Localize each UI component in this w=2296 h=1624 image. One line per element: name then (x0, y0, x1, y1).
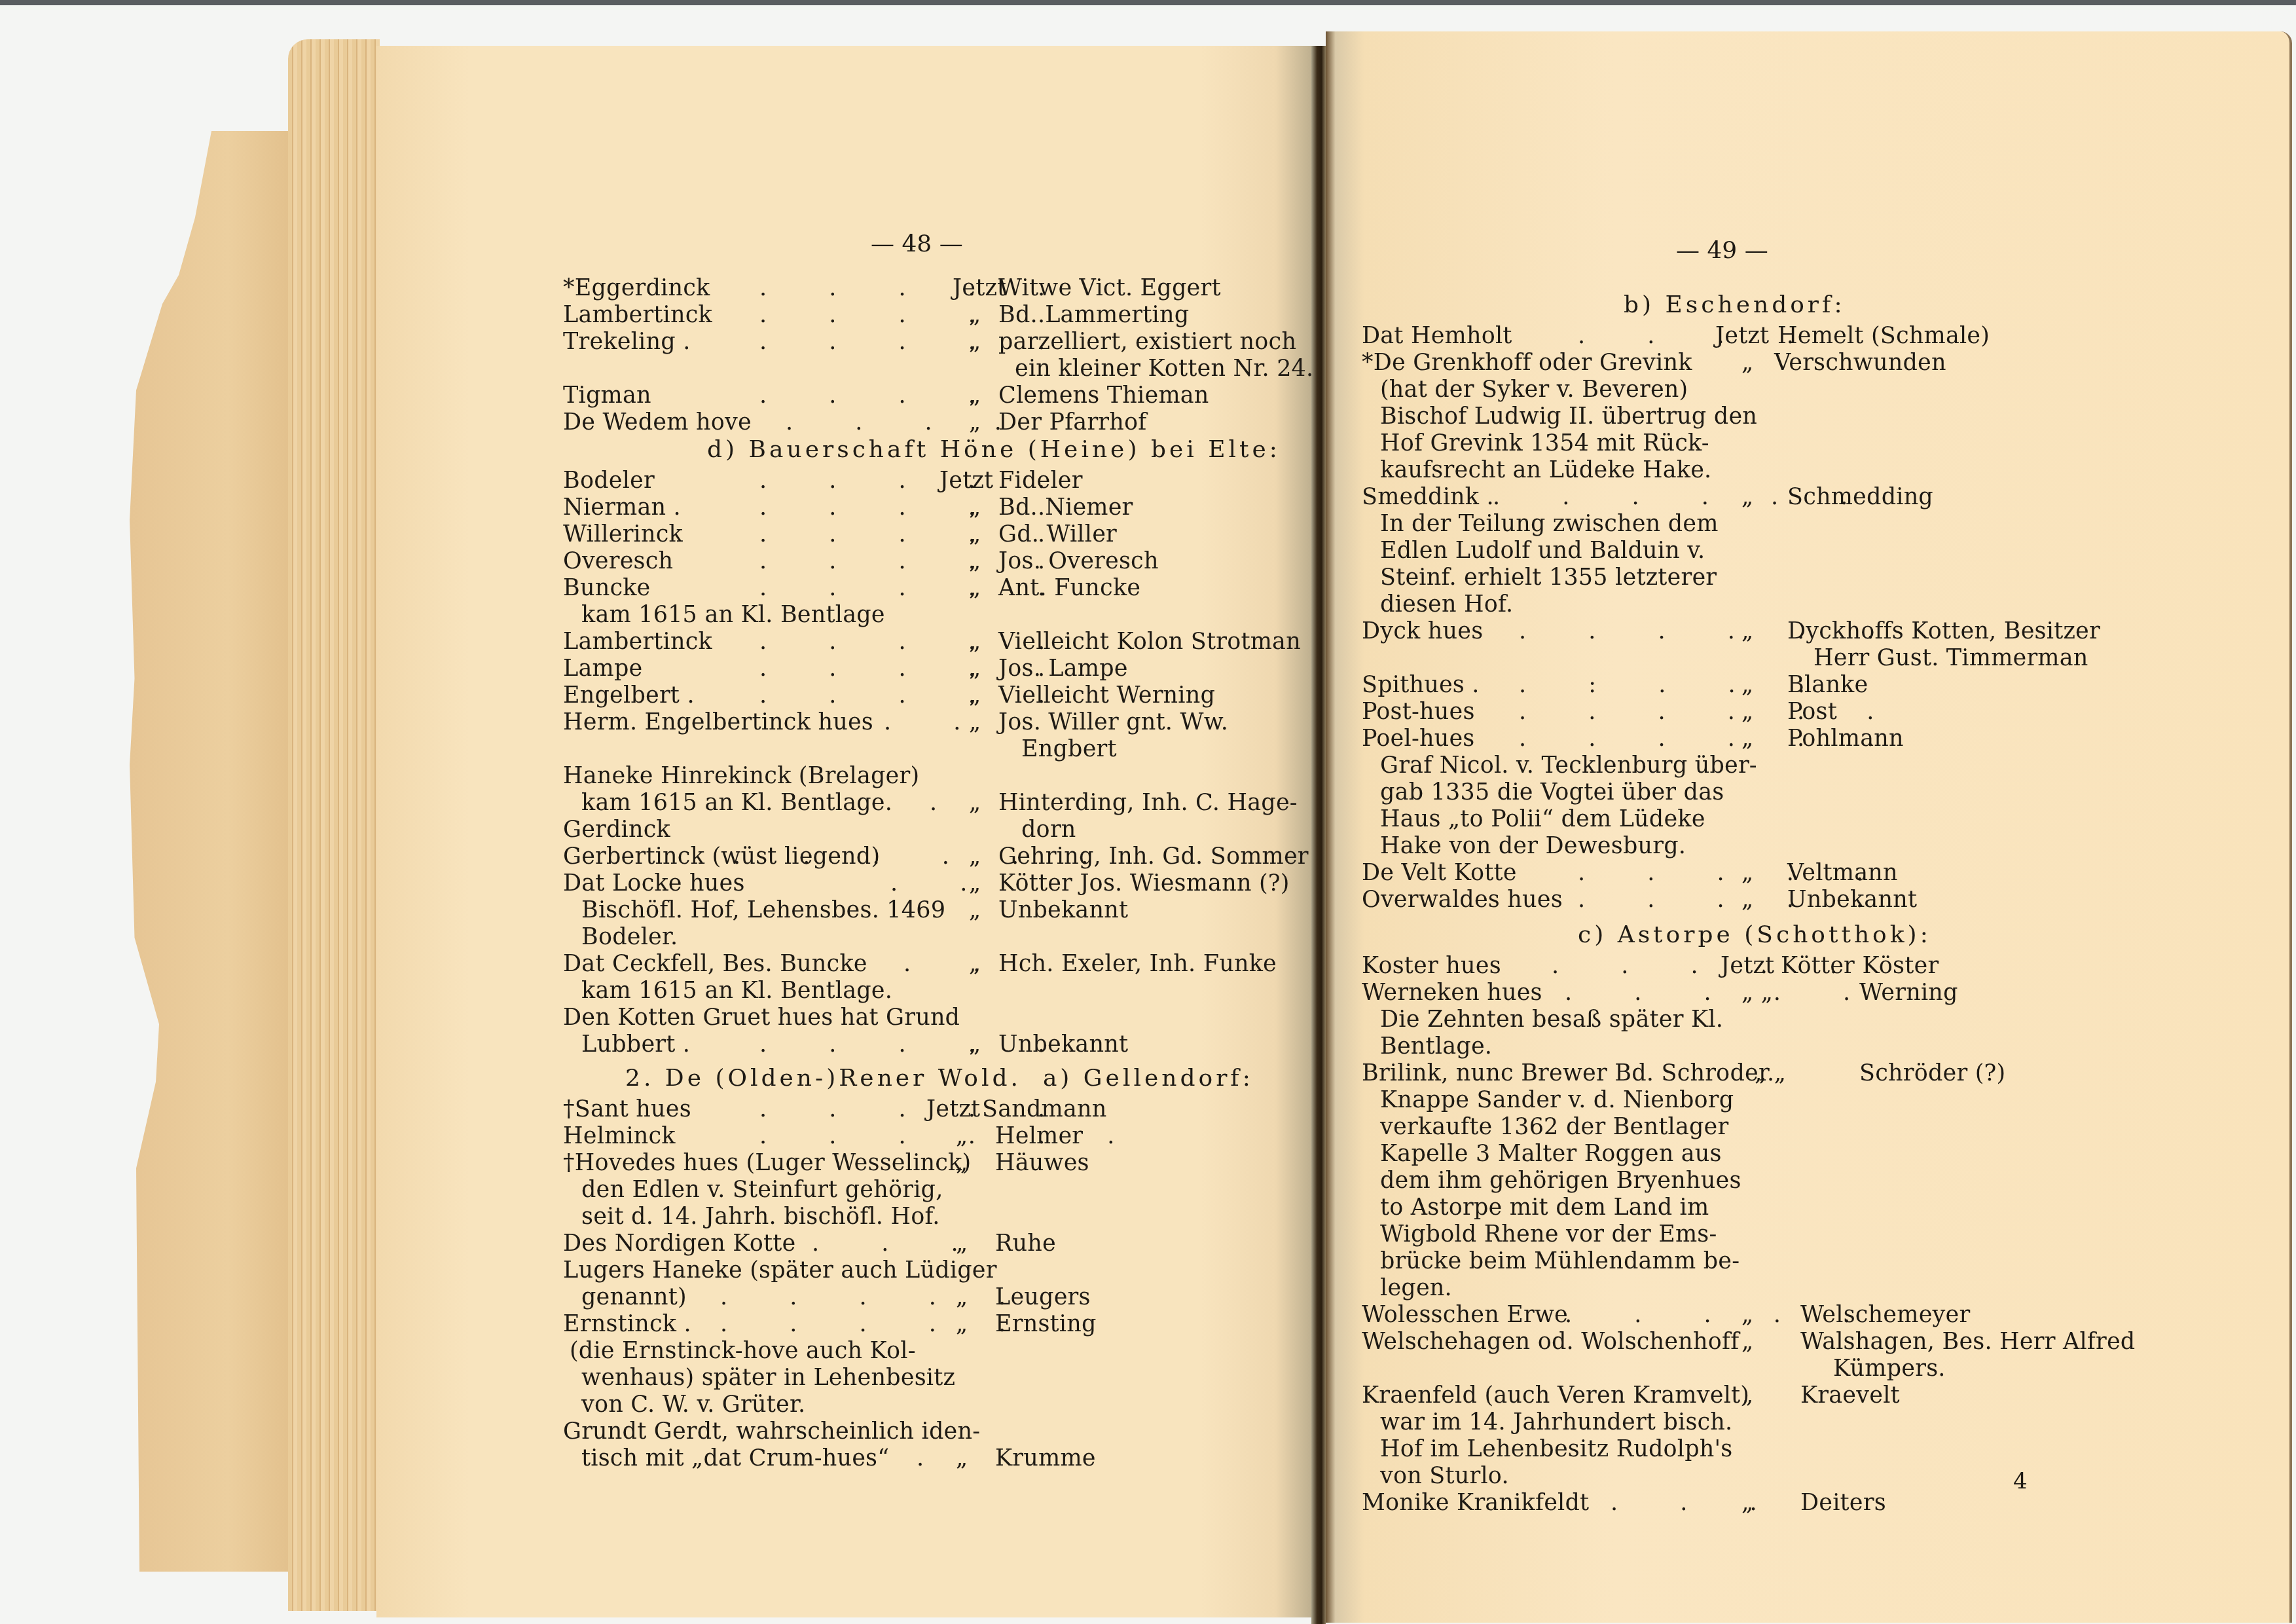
list-item: De Wedem hove. . . .„Der Pfarrhof (563, 409, 1296, 436)
list-item: Haneke Hinrekinck (Brelager) (563, 763, 1296, 790)
list-item: Brilink, nunc Brewer Bd. Schroder.„ „Sch… (1362, 1060, 2108, 1087)
list-item-continuation: Kümpers. (1362, 1356, 2108, 1382)
list-item-note: dem ihm gehörigen Bryenhues (1362, 1168, 2108, 1194)
list-item: Engelbert .. . . . .„Vielleicht Werning (563, 682, 1296, 709)
left-page-text: *Eggerdinck. . . . .JetztWitwe Vict. Egg… (563, 275, 1296, 1472)
list-item: Lugers Haneke (später auch Lüdiger (563, 1257, 1296, 1284)
list-item: Bodeler. . . . .JetztFideler (563, 468, 1296, 494)
list-item-note: Bischof Ludwig II. übertrug den (1362, 403, 2108, 430)
list-item-note: legen. (1362, 1275, 2108, 1302)
list-item: Herm. Engelbertinck hues. .„Jos. Willer … (563, 709, 1296, 736)
list-item-continuation: tisch mit „dat Crum-hues“.„Krumme (563, 1445, 1296, 1472)
section-heading-c: c) Astorpe (Schotthok): (1362, 921, 2108, 953)
list-item: Lampe. . . . .„Jos. Lampe (563, 655, 1296, 682)
list-item-note: diesen Hof. (1362, 591, 2108, 618)
list-item-note: kaufsrecht an Lüdeke Hake. (1362, 457, 2108, 484)
list-item-continuation: Lubbert .. . . . .„Unbekannt (563, 1031, 1296, 1058)
list-item: Overwaldes hues. . . . .„Unbekannt (1362, 887, 2108, 913)
list-item: Spithues .. : . . .„Blanke (1362, 672, 2108, 699)
list-item: Buncke. . . . .„Ant. Funcke (563, 575, 1296, 602)
list-item-note: Knappe Sander v. d. Nienborg (1362, 1087, 2108, 1114)
list-item: Dat Hemholt. . . .JetztHemelt (Schmale) (1362, 323, 2108, 350)
list-item: De Velt Kotte. . . . .„Veltmann (1362, 860, 2108, 887)
list-item: Willerinck. . . . .„Gd. Willer (563, 521, 1296, 548)
list-item-note: Die Zehnten besaß später Kl. (1362, 1006, 2108, 1033)
list-item-note: von Sturlo. (1362, 1463, 2108, 1490)
list-item-note: verkaufte 1362 der Bentlager (1362, 1114, 2108, 1141)
list-item: Post-hues. . . . . .„Post (1362, 699, 2108, 726)
section-heading-b: b) Eschendorf: (1362, 291, 2108, 323)
list-item: Trekeling .. . . . .„parzelliert, existi… (563, 329, 1296, 356)
list-item-continuation: Bischöfl. Hof, Lehensbes. 1469„Unbekannt (563, 897, 1296, 924)
list-item: Grundt Gerdt, wahrscheinlich iden- (563, 1418, 1296, 1445)
list-item: Dat Locke hues. .„Kötter Jos. Wiesmann (… (563, 870, 1296, 897)
list-item-continuation: kam 1615 an Kl. Bentlage..„Hinterding, I… (563, 790, 1296, 817)
list-item-note: Bentlage. (1362, 1033, 2108, 1060)
list-item: Werneken hues. . . . .„ „Werning (1362, 980, 2108, 1006)
list-item: Dyck hues. . . . . .„Dyckhoffs Kotten, B… (1362, 618, 2108, 645)
section-heading-d: d) Bauerschaft Höne (Heine) bei Elte: (563, 436, 1296, 468)
page-number-right: — 49 — (1676, 237, 1768, 264)
list-item: †Hovedes hues (Luger Wesselinck)„Häuwes (563, 1150, 1296, 1177)
list-item: *Eggerdinck. . . . .JetztWitwe Vict. Egg… (563, 275, 1296, 302)
list-item-note: (die Ernstinck-hove auch Kol- (563, 1338, 1296, 1365)
list-item-continuation: Herr Gust. Timmerman (1362, 645, 2108, 672)
list-item-continuation: wenhaus) später in Lehenbesitz (563, 1365, 1296, 1392)
list-item-continuation: von C. W. v. Grüter. (563, 1392, 1296, 1418)
list-item-note: Graf Nicol. v. Tecklenburg über- (1362, 752, 2108, 779)
list-item: †Sant hues. . . . .JetztSandmann (563, 1096, 1296, 1123)
list-item: Gerbertinck (wüst liegend). . . . . .„Ge… (563, 843, 1296, 870)
list-item: Welschehagen od. Wolschenhoff„Walshagen,… (1362, 1329, 2108, 1356)
list-item: Wolesschen Erwe. . . . .„Welschemeyer (1362, 1302, 2108, 1329)
list-item-note: Haus „to Polii“ dem Lüdeke (1362, 806, 2108, 833)
list-item: Tigman. . . . .„Clemens Thieman (563, 382, 1296, 409)
list-item-continuation: kam 1615 an Kl. Bentlage. (563, 978, 1296, 1005)
page-stack-edges (288, 39, 380, 1611)
list-item-note: (hat der Syker v. Beveren) (1362, 377, 2108, 403)
section-heading-2: 2. De (Olden-)Rener Wold. a) Gellendorf: (563, 1065, 1296, 1096)
list-item: Kraenfeld (auch Veren Kramvelt)„Kraevelt (1362, 1382, 2108, 1409)
scanner-edge (0, 0, 2296, 5)
list-item-continuation: ein kleiner Kotten Nr. 24. (563, 356, 1296, 382)
list-item-note: war im 14. Jahrhundert bisch. (1362, 1409, 2108, 1436)
list-item: Monike Kranikfeldt. . .„Deiters (1362, 1490, 2108, 1517)
list-item-continuation: seit d. 14. Jahrh. bischöfl. Hof. (563, 1204, 1296, 1230)
list-item: Lambertinck. . . . .„Bd. Lammerting (563, 302, 1296, 329)
list-item-note: to Astorpe mit dem Land im (1362, 1194, 2108, 1221)
list-item-continuation: Bodeler. (563, 924, 1296, 951)
list-item-note: Hof Grevink 1354 mit Rück- (1362, 430, 2108, 457)
list-item-note: Hof im Lehenbesitz Rudolph's (1362, 1436, 2108, 1463)
list-item-continuation: genannt). . . . .„Leugers (563, 1284, 1296, 1311)
list-item-note: kam 1615 an Kl. Bentlage (563, 602, 1296, 629)
right-page-text: b) Eschendorf: Dat Hemholt. . . .JetztHe… (1362, 291, 2108, 1517)
list-item: Dat Ceckfell, Bes. Buncke. .„Hch. Exeler… (563, 951, 1296, 978)
list-item: Poel-hues. . . . . .„Pohlmann (1362, 726, 2108, 752)
list-item-note: Wigbold Rhene vor der Ems- (1362, 1221, 2108, 1248)
list-item-note: Kapelle 3 Malter Roggen aus (1362, 1141, 2108, 1168)
list-item-note: Hake von der Dewesburg. (1362, 833, 2108, 860)
list-item-note: In der Teilung zwischen dem (1362, 511, 2108, 538)
list-item: Ernstinck .. . . . .„Ernsting (563, 1311, 1296, 1338)
list-item-note: gab 1335 die Vogtei über das (1362, 779, 2108, 806)
list-item: Overesch. . . . .„Jos. Overesch (563, 548, 1296, 575)
list-item: Nierman .. . . . .„Bd. Niemer (563, 494, 1296, 521)
list-item: Den Kotten Gruet hues hat Grund (563, 1005, 1296, 1031)
signature-mark: 4 (2013, 1468, 2028, 1494)
list-item-note: Steinf. erhielt 1355 letzterer (1362, 564, 2108, 591)
list-item-note: Edlen Ludolf und Balduin v. (1362, 538, 2108, 564)
list-item-continuation: den Edlen v. Steinfurt gehörig, (563, 1177, 1296, 1204)
list-item: *De Grenkhoff oder Grevink„Verschwunden (1362, 350, 2108, 377)
page-number-left: — 48 — (871, 231, 963, 257)
list-item: Koster hues. . . . .JetztKötter Köster (1362, 953, 2108, 980)
list-item-continuation: Engbert (563, 736, 1296, 763)
list-item: Lambertinck. . . . .„Vielleicht Kolon St… (563, 629, 1296, 655)
list-item: Smeddink .. . . . . .„Schmedding (1362, 484, 2108, 511)
list-item-note: brücke beim Mühlendamm be- (1362, 1248, 2108, 1275)
list-item: Gerdinckdorn (563, 817, 1296, 843)
torn-page-flap (130, 131, 293, 1572)
book-gutter (1311, 46, 1326, 1624)
list-item: Helminck. . . . . .„Helmer (563, 1123, 1296, 1150)
list-item: Des Nordigen Kotte. . .„Ruhe (563, 1230, 1296, 1257)
